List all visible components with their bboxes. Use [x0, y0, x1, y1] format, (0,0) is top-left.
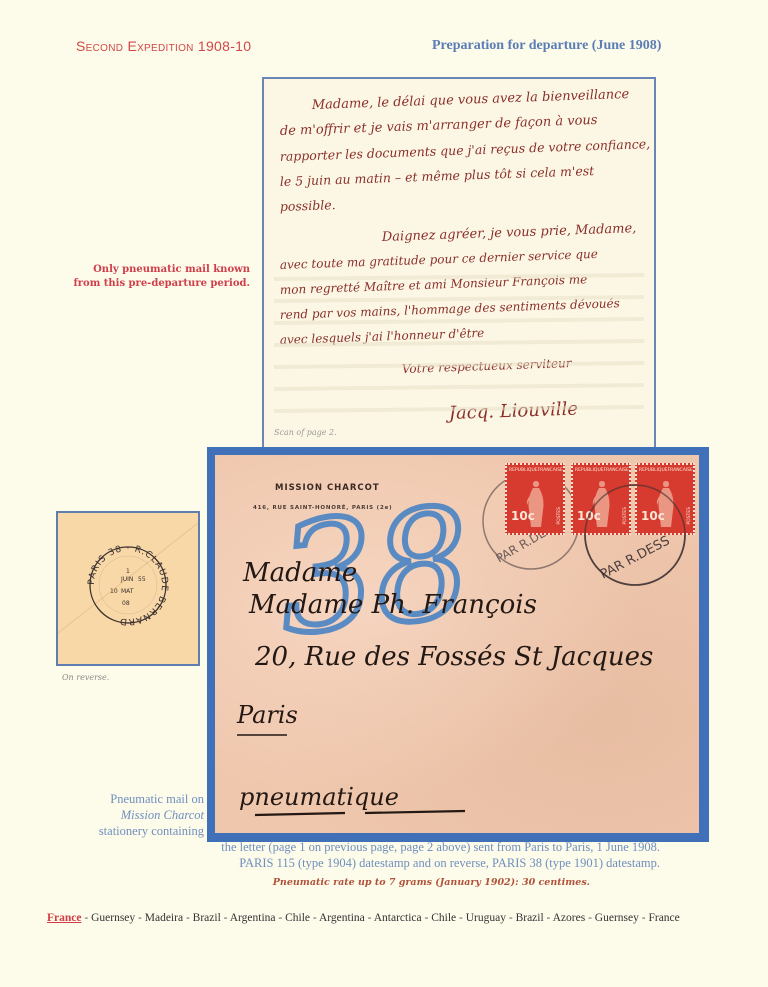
letter-line: rapporter les documents que j'ai reçus d… — [280, 136, 651, 164]
reverse-caption: On reverse. — [62, 673, 109, 682]
svg-text:JUIN: JUIN — [120, 576, 133, 583]
nav-separator: - — [585, 912, 595, 924]
svg-text:MAT: MAT — [121, 588, 134, 595]
caption-main-line: PARIS 115 (type 1904) datestamp and on r… — [60, 855, 660, 871]
letter-line: Jacq. Liouville — [444, 398, 578, 424]
letter-caption: Scan of page 2. — [274, 428, 337, 437]
nav-item-argentina[interactable]: Argentina — [230, 912, 276, 924]
side-note: Only pneumatic mail known from this pre-… — [70, 263, 250, 291]
nav-item-madeira[interactable]: Madeira — [145, 912, 183, 924]
svg-text:55: 55 — [138, 576, 146, 583]
nav-item-azores[interactable]: Azores — [553, 912, 586, 924]
caption-main: the letter (page 1 on previous page, pag… — [60, 839, 660, 871]
nav-separator: - — [544, 912, 553, 924]
svg-text:10: 10 — [110, 588, 118, 595]
rate-note: Pneumatic rate up to 7 grams (January 19… — [150, 877, 590, 888]
letter-line: Madame, le délai que vous avez la bienve… — [311, 87, 630, 113]
letter-scan: Madame, le délai que vous avez la bienve… — [262, 77, 656, 447]
nav-item-france[interactable]: France — [47, 912, 81, 924]
caption-main-line: the letter (page 1 on previous page, pag… — [60, 839, 660, 855]
page-title: Preparation for departure (June 1908) — [432, 38, 661, 54]
svg-text:08: 08 — [122, 600, 130, 607]
letter-line: de m'offrir et je vais m'arranger de faç… — [280, 113, 598, 139]
caption-side-line: stationery containing — [70, 823, 204, 839]
nav-separator: - — [276, 912, 286, 924]
section-title: Second Expedition 1908-10 — [76, 38, 251, 54]
nav-separator: - — [183, 912, 193, 924]
reverse-scan: 1JUIN10MAT0855PARIS 38 · R.CLAUDE BERNAR… — [56, 511, 200, 666]
nav-separator: - — [422, 912, 432, 924]
nav-separator: - — [506, 912, 516, 924]
letter-line: Daignez agréer, je vous prie, Madame, — [381, 221, 637, 245]
nav-separator: - — [456, 912, 466, 924]
itinerary-nav: France - Guernsey - Madeira - Brazil - A… — [47, 912, 737, 924]
caption-side-line: Pneumatic mail on — [70, 791, 204, 807]
letter-line: avec toute ma gratitude pour ce dernier … — [280, 247, 598, 272]
nav-separator: - — [310, 912, 319, 924]
letter-line: le 5 juin au matin – et même plus tôt si… — [280, 163, 596, 189]
letter-line: possible. — [280, 197, 336, 214]
nav-separator: - — [135, 912, 145, 924]
nav-separator: - — [81, 912, 91, 924]
nav-item-uruguay[interactable]: Uruguay — [466, 912, 506, 924]
nav-separator: - — [221, 912, 230, 924]
nav-item-brazil[interactable]: Brazil — [193, 912, 221, 924]
nav-item-chile[interactable]: Chile — [285, 912, 310, 924]
handwriting: Madame, le délai que vous avez la bienve… — [264, 79, 654, 447]
nav-item-argentina[interactable]: Argentina — [319, 912, 365, 924]
nav-item-chile[interactable]: Chile — [431, 912, 456, 924]
caption-side-line: Mission Charcot — [70, 807, 204, 823]
svg-text:1: 1 — [126, 568, 130, 575]
nav-item-antarctica[interactable]: Antarctica — [374, 912, 422, 924]
nav-item-france[interactable]: France — [648, 912, 679, 924]
caption-side: Pneumatic mail on Mission Charcot statio… — [70, 791, 204, 839]
nav-item-guernsey[interactable]: Guernsey — [595, 912, 639, 924]
envelope: PAR R.DESPAR R.DESS38MadameMadame Ph. Fr… — [215, 455, 699, 833]
nav-separator: - — [365, 912, 374, 924]
nav-item-brazil[interactable]: Brazil — [516, 912, 544, 924]
nav-item-guernsey[interactable]: Guernsey — [91, 912, 135, 924]
reverse-postmark: 1JUIN10MAT0855PARIS 38 · R.CLAUDE BERNAR… — [58, 513, 198, 664]
envelope-frame: PAR R.DESPAR R.DESS38MadameMadame Ph. Fr… — [207, 447, 709, 842]
